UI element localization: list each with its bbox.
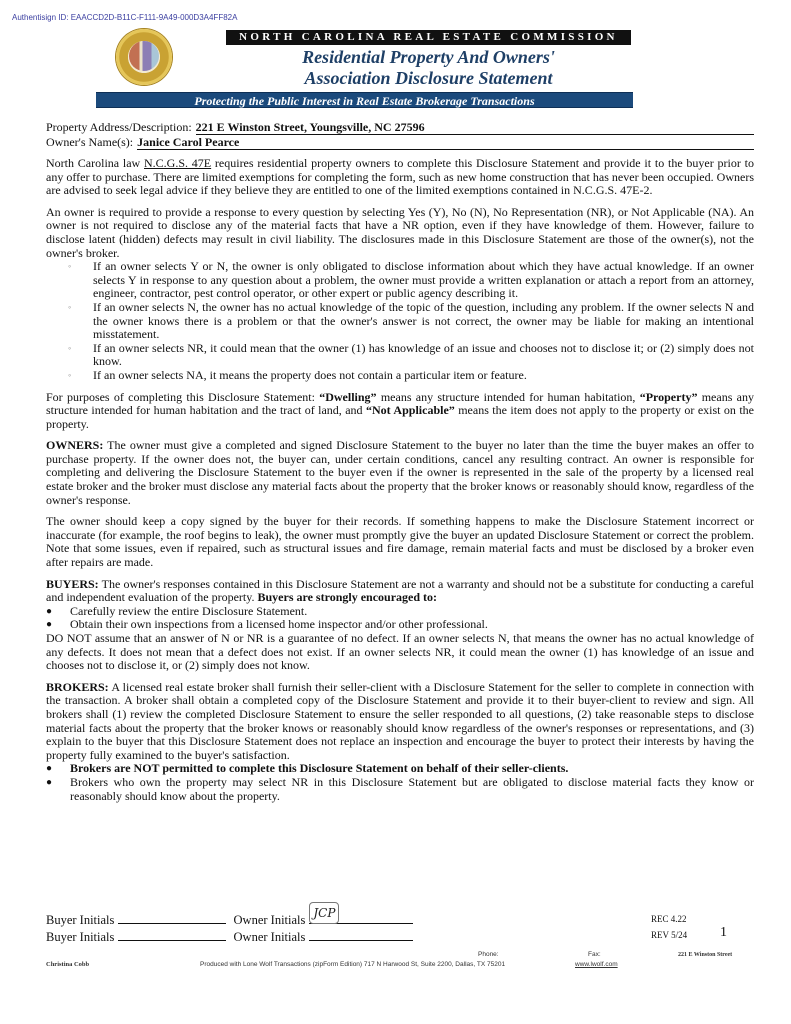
buyers-section: BUYERS: The owner's responses contained … [46,578,754,673]
buyer-initials-field-1[interactable] [118,912,226,924]
buyers-heading: BUYERS: [46,577,99,591]
buyer-initials-label: Buyer Initials [46,930,114,944]
footer-street: 221 E Winston Street [678,952,732,958]
owners-heading: OWNERS: [46,438,103,452]
footer-url-link[interactable]: www.lwolf.com [575,961,618,968]
list-item: If an owner selects Y or N, the owner is… [46,260,754,301]
list-item: Obtain their own inspections from a lice… [46,618,754,632]
footer-phone-label: Phone: [478,951,499,958]
rec-code: REC 4.22 [651,914,687,924]
footer-agent-name: Christina Cobb [46,961,89,968]
owners-paragraph: OWNERS: The owner must give a completed … [46,439,754,507]
form-title-line2: Association Disclosure Statement [226,68,631,89]
buyers-list: Carefully review the entire Disclosure S… [46,605,754,632]
property-address-row: Property Address/Description: 221 E Wins… [46,120,754,135]
list-item: Brokers are NOT permitted to complete th… [46,762,754,776]
property-address-field[interactable]: 221 E Winston Street, Youngsville, NC 27… [196,120,754,135]
rev-code: REV 5/24 [651,930,687,940]
buyer-initials-field-2[interactable] [118,929,226,941]
owner-name-field[interactable]: Janice Carol Pearce [137,135,754,150]
footer-produced-with: Produced with Lone Wolf Transactions (zi… [200,961,505,968]
list-item: If an owner selects NR, it could mean th… [46,342,754,369]
ncgs-47e-link[interactable]: N.C.G.S. 47E [144,156,211,170]
owner-initials-label: Owner Initials [234,930,306,944]
property-address-label: Property Address/Description: [46,120,192,135]
initials-block: Buyer Initials Owner InitialsJCP Buyer I… [46,912,413,945]
disclosure-body: North Carolina law N.C.G.S. 47E requires… [46,157,754,803]
page-number: 1 [720,925,727,941]
brokers-heading: BROKERS: [46,680,109,694]
buyer-initials-label: Buyer Initials [46,913,114,927]
owner-name-row: Owner's Name(s): Janice Carol Pearce [46,135,754,150]
form-title-line1: Residential Property And Owners' [226,47,631,68]
definitions-paragraph: For purposes of completing this Disclosu… [46,391,754,432]
list-item: If an owner selects NA, it means the pro… [46,369,754,383]
owner-initials-field-1[interactable]: JCP [309,912,413,924]
response-paragraph: An owner is required to provide a respon… [46,206,754,383]
footer-fax-label: Fax: [588,951,601,958]
brokers-section: BROKERS: A licensed real estate broker s… [46,681,754,803]
nc-state-seal-icon [116,29,172,85]
owner-name-label: Owner's Name(s): [46,135,133,150]
owners-paragraph-2: The owner should keep a copy signed by t… [46,515,754,569]
brokers-list: Brokers are NOT permitted to complete th… [46,762,754,803]
owner-initials-field-2[interactable] [309,929,413,941]
owner-initials-label: Owner Initials [234,913,306,927]
intro-paragraph: North Carolina law N.C.G.S. 47E requires… [46,157,754,198]
response-options-list: If an owner selects Y or N, the owner is… [46,260,754,382]
list-item: Brokers who own the property may select … [46,776,754,803]
tagline-banner: Protecting the Public Interest in Real E… [96,92,633,108]
list-item: Carefully review the entire Disclosure S… [46,605,754,619]
owner-initials-stamp[interactable]: JCP [309,902,339,924]
list-item: If an owner selects N, the owner has no … [46,301,754,342]
commission-banner: NORTH CAROLINA REAL ESTATE COMMISSION [226,30,631,45]
authentisign-id: Authentisign ID: EAACCD2D-B11C-F111-9A49… [12,13,237,22]
